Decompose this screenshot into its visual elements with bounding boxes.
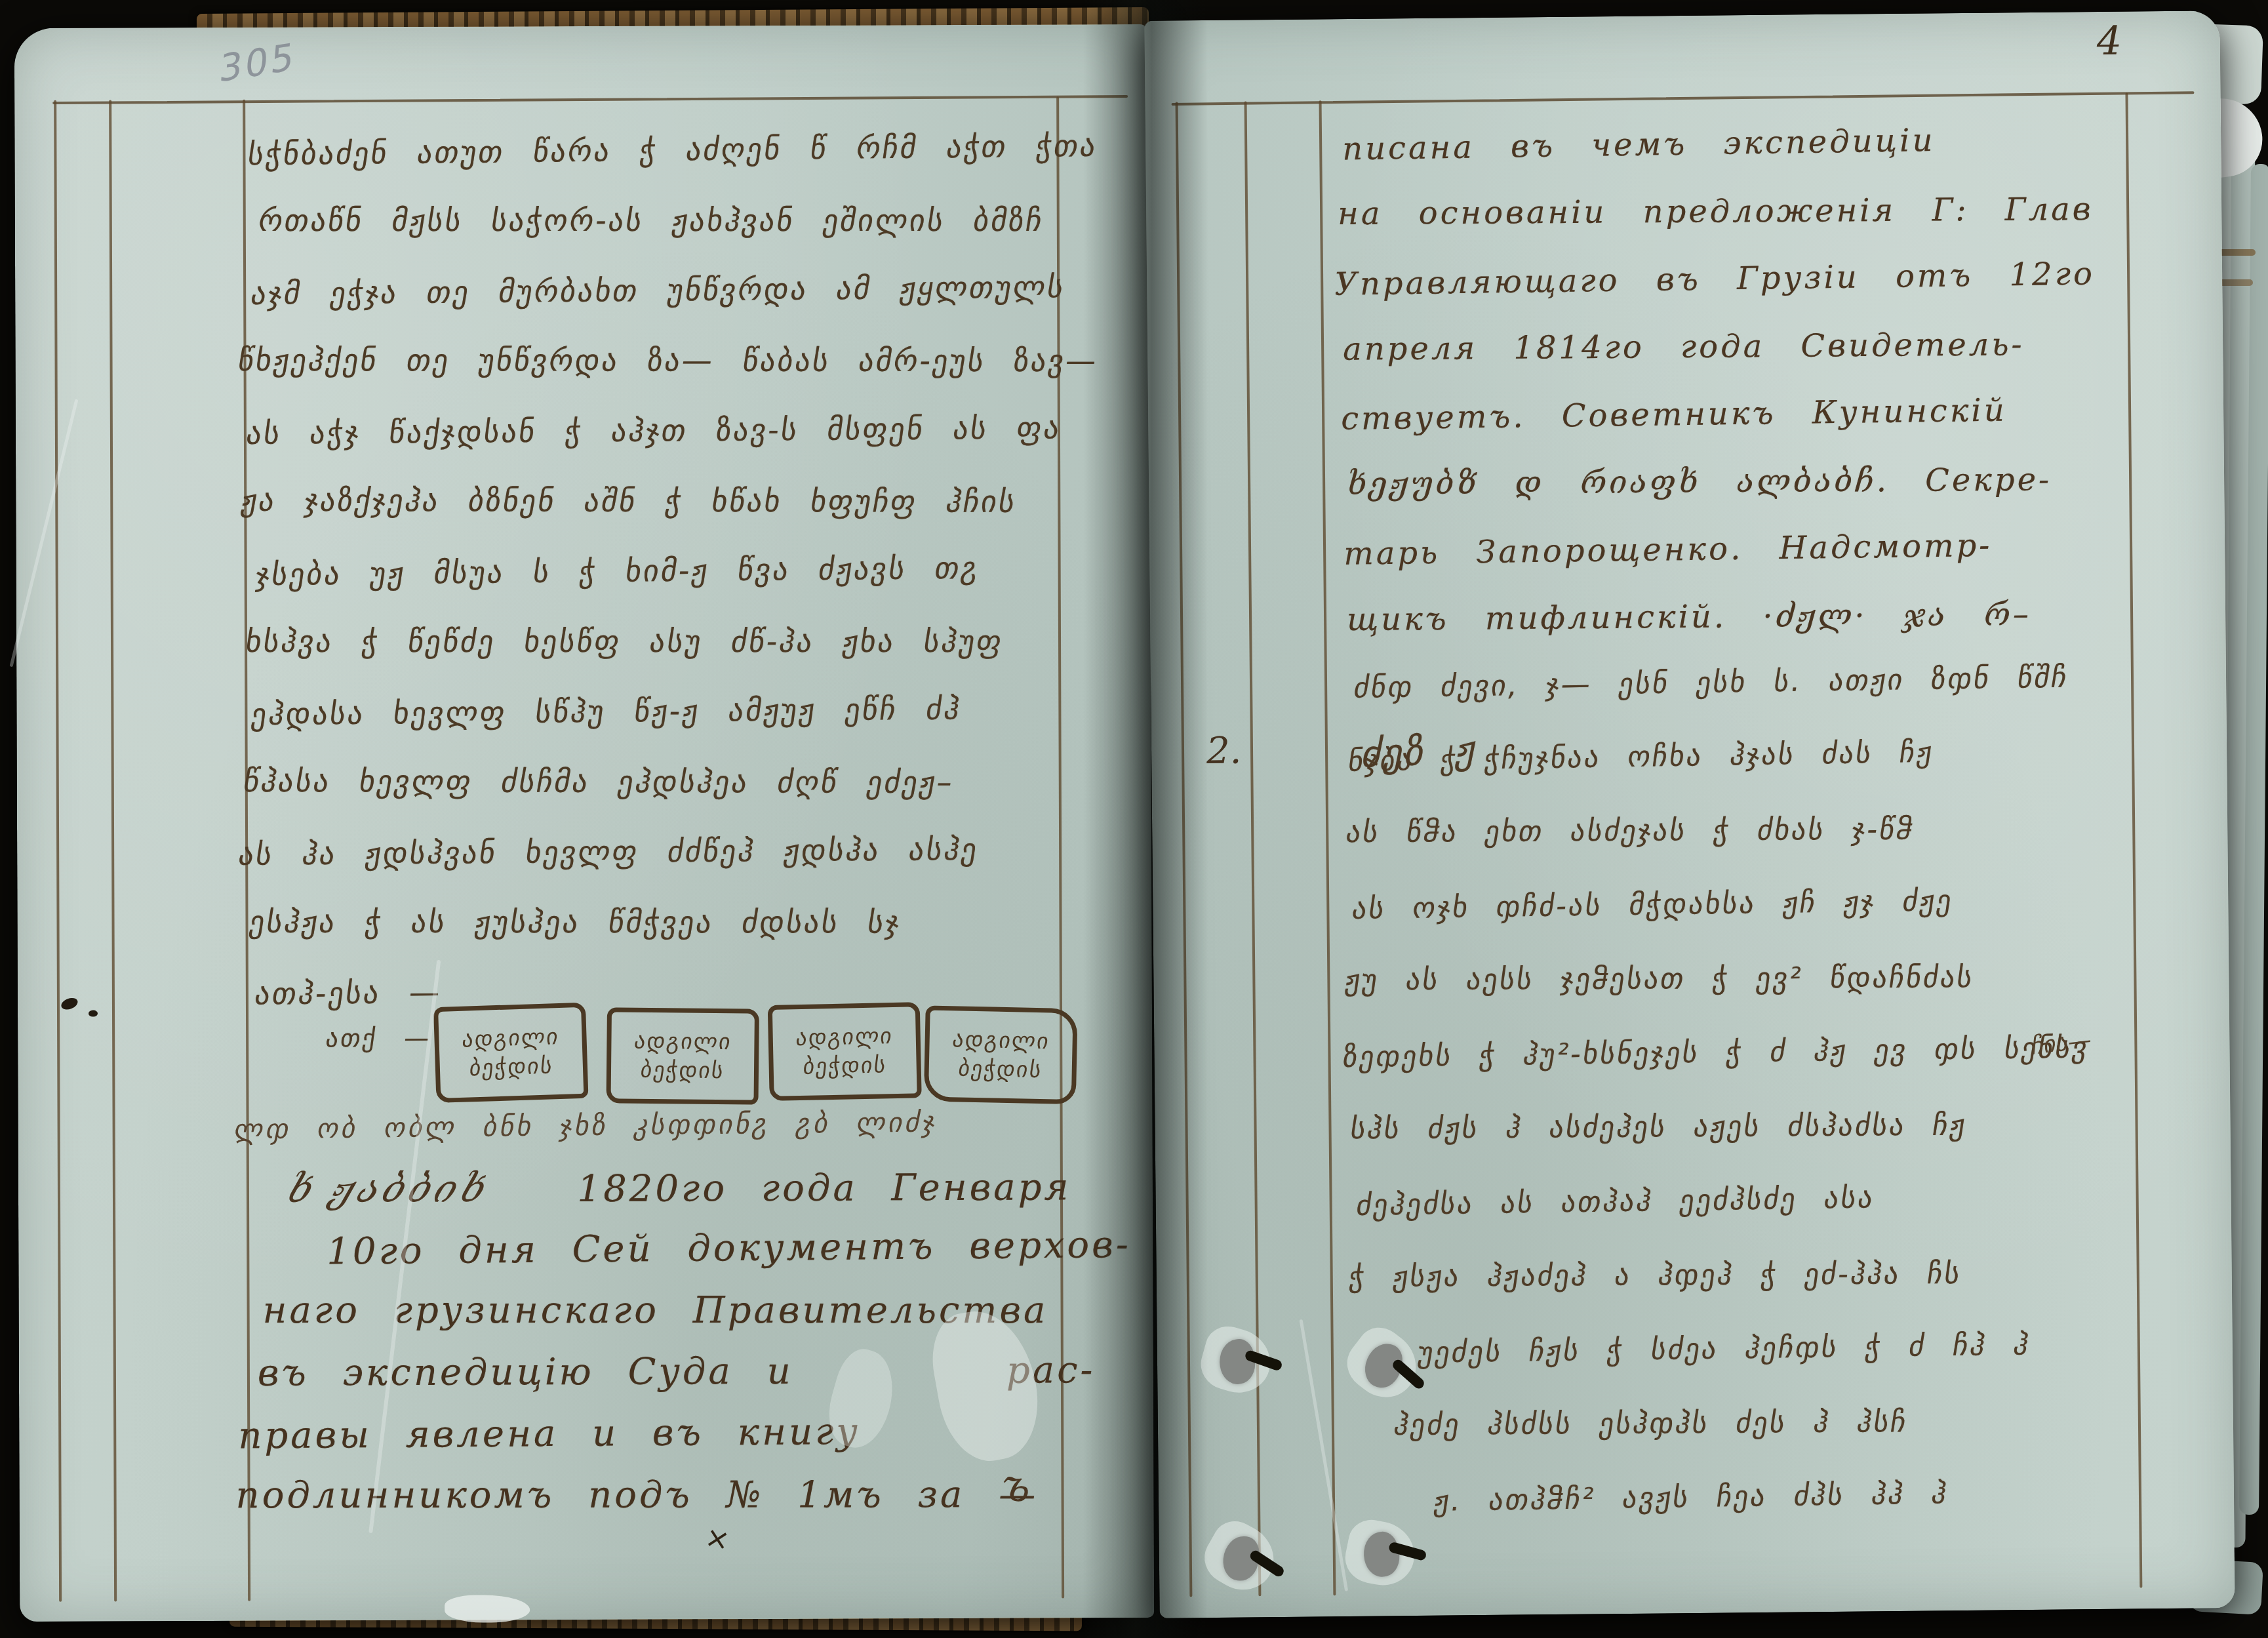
manuscript-line: ჟ. ათჰჵჩ² ავჟს ჩეა ძჰს ჰჰ ჰ [1431, 1477, 1951, 1518]
manuscript-line: ствуетъ. Советникъ Кунинскiй [1341, 392, 2007, 437]
manuscript-line: ას ოჯხ ჶჩძ-ას მჭდახსა ჟჩ ჟჯ ძჟე [1350, 884, 1956, 926]
manuscript-line: აჯმ ეჭჯა თე მურბახთ უნწვრდა ამ ჟყლთულს [249, 269, 1068, 311]
manuscript-line: ძნჶ ძევი, ჯ— ესნ ესხ ს. ათჟი ზჶნ წშჩ [1351, 661, 2071, 705]
manuscript-line: სჭნბაძენ ათუთ წარა ჭ აძღენ წ რჩმ აჭთ ჭთა [245, 128, 1100, 172]
manuscript-line: писана въ чемъ экспедицiи [1342, 122, 1936, 167]
binding-hole [1222, 1534, 1261, 1582]
ink-blot [60, 996, 79, 1012]
manuscript-line: тарь Запорощенко. Надсмотр- [1343, 527, 1993, 572]
ruled-margin-line [2125, 93, 2142, 1588]
paper-tear [445, 1595, 530, 1622]
manuscript-line: ზეჶეხს ჭ ჰუ²-ხსნეჯეს ჭ ძ ჰჟ ევ ჶს სენსვ [1340, 1031, 2092, 1074]
manuscript-line: наго грузинскаго Правительства [263, 1289, 1048, 1332]
ink-blot [89, 1010, 98, 1017]
manuscript-line: წჰასა ხევლფ ძსჩმა ეჰდსჰეა ძღწ ეძეჟ– [241, 763, 957, 800]
manuscript-line: ლჶ ობ ობლ ბნხ ჯხზ კსჶჶინჷ ჷბ ლიძჯ [231, 1106, 942, 1145]
manuscript-line: подлинникомъ подъ № 1мъ за — [236, 1473, 1039, 1517]
seal-label-line1: ადგილი [950, 1025, 1052, 1056]
manuscript-line: ჭ ჟსჟა ჰჟაძეჰ ა ჰჶეჰ ჭ ეძ-ჰჰა ჩს [1347, 1257, 1964, 1294]
manuscript-line: რთაწნ მჟსს საჭორ-ას ჟახჰვან ეშილის ბმზჩ [256, 203, 1047, 238]
manuscript-scan: 305 სჭნბაძენ ათუთ წარა ჭ აძღენ წ რჩმ აჭთ… [0, 0, 2268, 1638]
ruled-line-top [1172, 91, 2195, 106]
paper-crease [9, 399, 78, 667]
seal-label-line2: ბეჭდის [468, 1051, 555, 1083]
manuscript-line: ხეჟუბზ დ რიაფხ ალბაბჩ. Секре- [1347, 462, 2052, 503]
manuscript-line: ეჰდასა ხევლფ სწჰუ წჟ-ჟ ამჟუჟ ეწჩ ძჰ [249, 691, 964, 732]
manuscript-line: апреля 1814го года Свидетель- [1343, 326, 2025, 367]
manuscript-line: უეძეს ჩჟს ჭ სძეა ჰეჩჶს ჭ ძ ჩჰ ჰ [1416, 1328, 2033, 1369]
manuscript-line: правы явлена и въ книгу [238, 1410, 860, 1458]
attestation-line4: въ экспедицiю Суда и [258, 1350, 793, 1395]
seal-label-line2: ბეჭდის [639, 1056, 726, 1085]
ruled-margin-line [54, 100, 62, 1602]
ruled-margin-line [1319, 100, 1336, 1595]
manuscript-line: ჯსება უჟ მსუა ს ჭ ხიმ-ჟ წვა ძჟავს თჷ [254, 549, 983, 592]
pencil-folio-number: 305 [218, 35, 298, 91]
attestation-date: 1820го года Генваря [577, 1166, 1071, 1210]
seal-placeholder-box: ადგილი ბეჭდის [433, 1003, 588, 1103]
manuscript-line: Управляющаго въ Грузiи отъ 12го [1334, 256, 2095, 303]
manuscript-line: ათჰ-ესა — [252, 974, 444, 1012]
binding-hole [1216, 1337, 1258, 1386]
manuscript-line: ჟუ ას აესს ჯეჵესათ ჭ ევ² წდაჩნძას [1343, 961, 1976, 997]
seal-label-line1: ადგილი [460, 1022, 561, 1054]
seal-placeholder-box: ადგილი ბეჭდის [768, 1002, 922, 1101]
seal-placeholder-box: ადგილი ბეჭდის [606, 1007, 759, 1104]
manuscript-line: ას ჰა ჟდსჰვან ხევლფ ძძწეჰ ჟდსჰა ასჰე [236, 831, 982, 872]
seal-label-line1: ადგილი [794, 1022, 894, 1052]
manuscript-line: ხსჰვა ჭ წეწძე ხესწფ ასუ ძწ-ჰა ჟხა სჰუფ [243, 624, 1006, 659]
seal-label-line2: ბეჭდის [956, 1054, 1044, 1085]
right-page: 4 писана въ чемъ экспедицiи на основанiи… [1144, 10, 2235, 1618]
seal-row-prefix: ათქ — [324, 1024, 433, 1053]
seal-label-line1: ადგილი [632, 1027, 734, 1057]
ruled-line-top [52, 95, 1128, 104]
manuscript-line: 10го дня Сей документъ верхов- [327, 1224, 1131, 1273]
manuscript-line: ესჰჟა ჭ ას ჟუსჰეა წმჭვეა ძდსას სჯ [247, 904, 904, 940]
entry-number: 2. [1206, 730, 1242, 773]
manuscript-line: ჟა ჯაზქჯეჰა ბზნენ აშნ ჭ ხწახ ხფუჩფ ჰჩის [238, 483, 1020, 519]
ink-cross-mark: × [702, 1520, 733, 1557]
manuscript-line: на основанiи предложенiя Г: Глав [1338, 191, 2094, 232]
ruled-margin-line [109, 100, 117, 1602]
manuscript-line: ას წჵა ეხთ ასძეჯას ჭ ძხას ჯ-წჵ [1343, 813, 1917, 850]
binding-hole [1359, 1529, 1403, 1580]
attestation-scrawl: ხ ჟაბბიხ [282, 1166, 495, 1211]
manuscript-line: ხ ჟაბბიხ 1820го года Генваря [288, 1164, 1071, 1211]
left-page: 305 სჭნბაძენ ათუთ წარა ჭ აძღენ წ რჩმ აჭთ… [14, 24, 1154, 1622]
manuscript-line: щикъ тифлинскiй. ·ძჟლ· ჯა რ– [1347, 596, 2031, 638]
binding-hole [1361, 1340, 1406, 1391]
ruled-margin-line [1176, 102, 1193, 1597]
folio-number: 4 [2096, 18, 2122, 64]
manuscript-line: ძეჰეძსა ას ათჰაჰ ეეძჰსძე ასა [1354, 1181, 1877, 1222]
paper-crease [1300, 1319, 1349, 1591]
manuscript-line: ას აჭჯ წაქჯდსან ჭ აჰჯთ ზავ-ს მსფენ ას ფა [244, 410, 1064, 451]
seal-placeholder-box: ადგილი ბეჭდის [924, 1005, 1078, 1104]
manuscript-line: სჰს ძჟს ჰ ასძეჰეს აჟეს ძსჰაძსა ჩჟ [1348, 1109, 1970, 1146]
ink-flourish: ъ [999, 1459, 1037, 1513]
manuscript-line: წხჟეჰქენ თე უნწვრდა ზა— წაბას ამრ-ეუს ზა… [235, 342, 1101, 378]
manuscript-line: ჰეძე ჰსძსს ესჰჶჰს ძეს ჰ ჰსჩ [1391, 1405, 1910, 1442]
seal-label-line2: ბეჭდის [801, 1050, 888, 1081]
